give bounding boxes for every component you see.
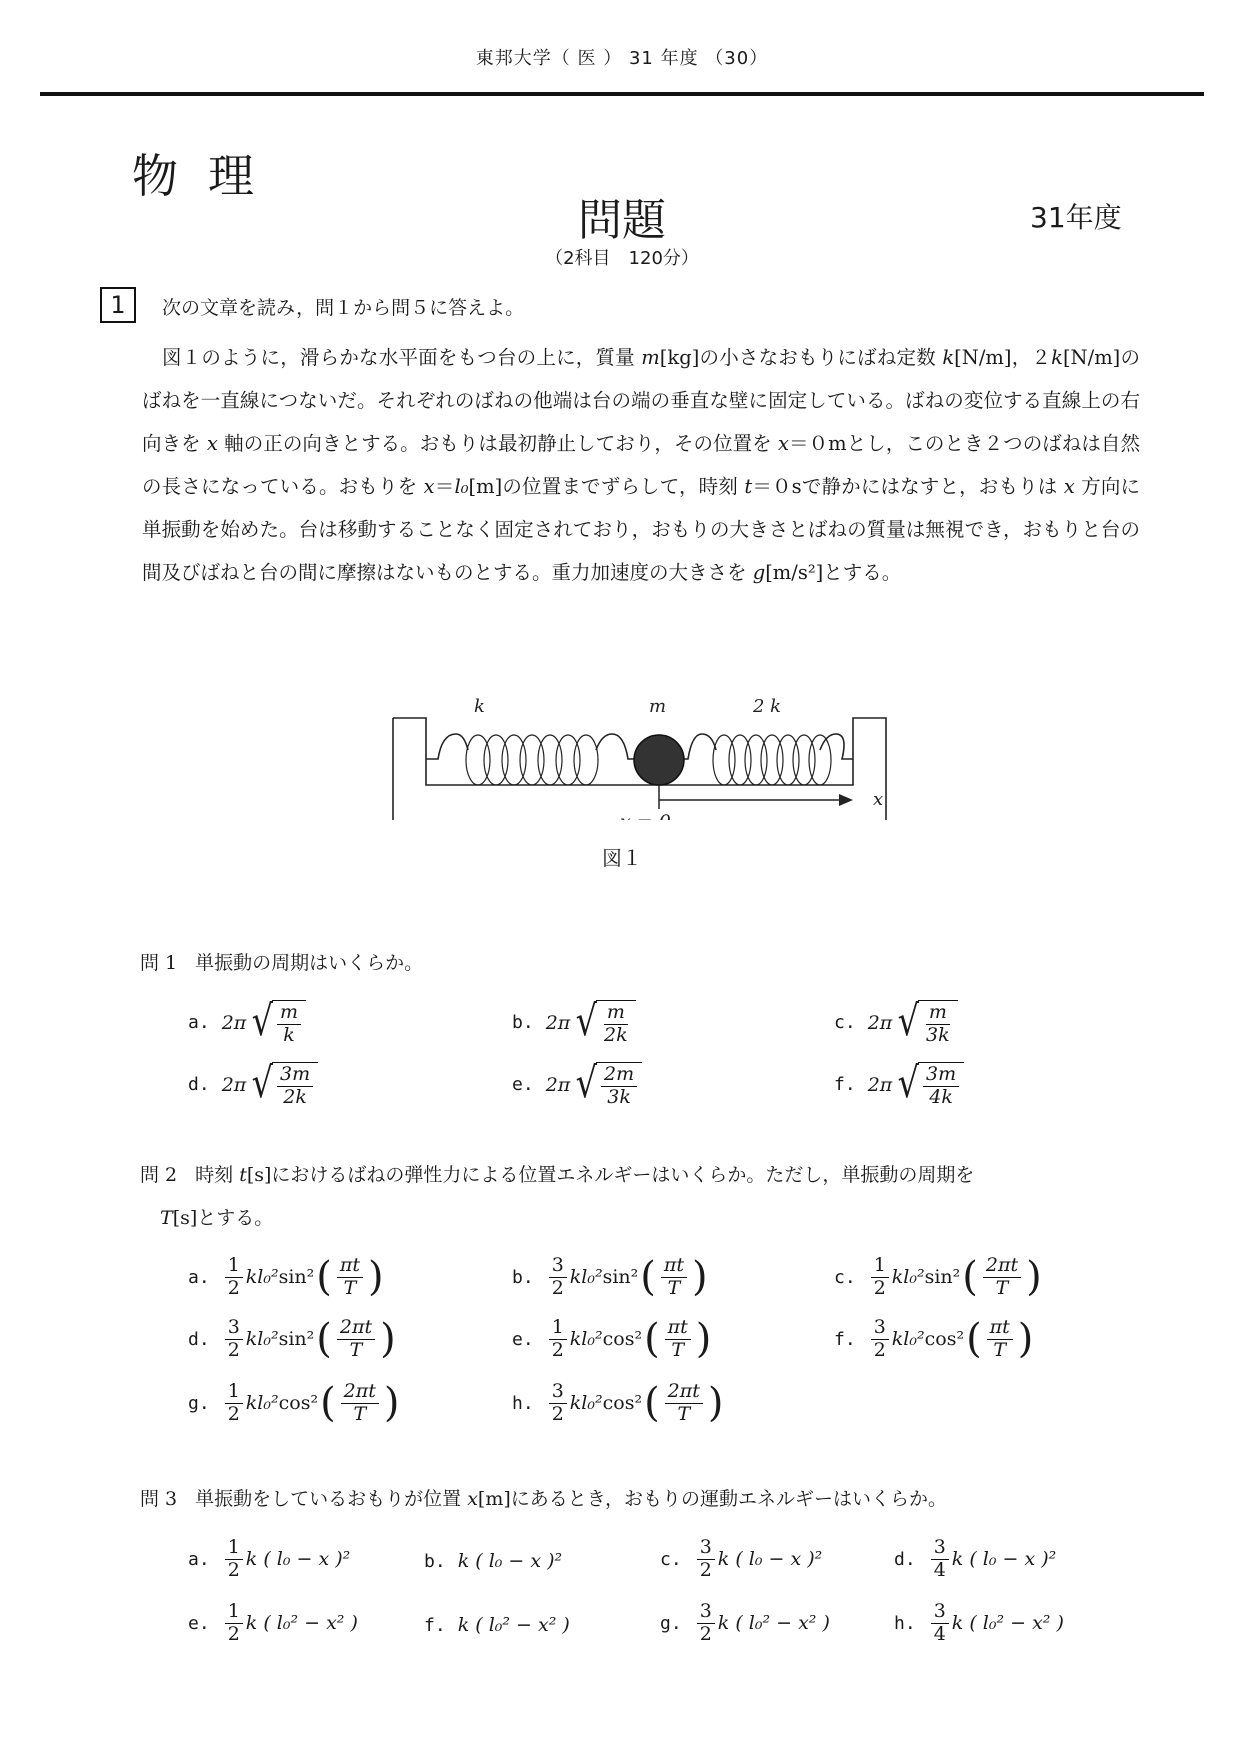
choice-label: d. bbox=[188, 1329, 210, 1350]
trig-function: cos² bbox=[925, 1328, 964, 1350]
numerator: 1 bbox=[225, 1602, 243, 1624]
choice-label: d. bbox=[188, 1074, 210, 1095]
q2-choice-d[interactable]: d. 32 kl₀²sin² (2πtT) bbox=[188, 1318, 398, 1361]
var-l0: l₀ bbox=[454, 475, 468, 498]
denominator: 4 bbox=[931, 1560, 949, 1581]
denominator: T bbox=[668, 1340, 687, 1361]
term: kl₀² bbox=[246, 1392, 279, 1414]
q2-choice-f[interactable]: f. 32 kl₀²cos² (πtT) bbox=[834, 1318, 1035, 1361]
question-intro: 次の文章を読み，問１から問５に答えよ。 bbox=[162, 293, 524, 320]
numerator: 3 bbox=[697, 1602, 715, 1624]
q2-text: [s]とする。 bbox=[173, 1207, 274, 1229]
passage-text: ＝ bbox=[435, 475, 455, 498]
denominator: 2 bbox=[225, 1340, 243, 1361]
numerator: 2m bbox=[601, 1065, 637, 1087]
denominator: T bbox=[990, 1340, 1009, 1361]
q3-choice-g[interactable]: g. 32 k ( l₀² − x² ) bbox=[660, 1602, 830, 1645]
q3-prompt: 問 3単振動をしているおもりが位置 x[m]にあるとき，おもりの運動エネルギーは… bbox=[140, 1484, 947, 1511]
q2-choice-a[interactable]: a. 12 kl₀²sin² (πtT) bbox=[188, 1256, 386, 1299]
trig-function: cos² bbox=[603, 1392, 642, 1414]
q3-choice-e[interactable]: e. 12 k ( l₀² − x² ) bbox=[188, 1602, 358, 1645]
term: kl₀² bbox=[246, 1328, 279, 1350]
numerator: πt bbox=[987, 1318, 1013, 1340]
choice-label: c. bbox=[834, 1012, 856, 1033]
numerator: m bbox=[926, 1003, 950, 1025]
choice-label: f. bbox=[834, 1074, 856, 1095]
q1-choice-b[interactable]: b.2π √m2k bbox=[512, 1000, 636, 1046]
numerator: 3m bbox=[923, 1065, 959, 1087]
trig-function: cos² bbox=[279, 1392, 318, 1414]
numerator: 2πt bbox=[983, 1256, 1021, 1278]
numerator: 3 bbox=[931, 1602, 949, 1624]
passage-text: [kg]の小さなおもりにばね定数 bbox=[660, 346, 943, 369]
expression: k ( l₀² − x² ) bbox=[718, 1612, 830, 1634]
numerator: 1 bbox=[225, 1256, 243, 1278]
choice-label: g. bbox=[188, 1393, 210, 1414]
q2-text: [s]におけるばねの弾性力による位置エネルギーはいくらか。ただし，単振動の周期を bbox=[247, 1164, 975, 1186]
numerator: m bbox=[277, 1003, 301, 1025]
q1-label: 問 1 bbox=[140, 952, 177, 974]
q3-text: [m]にあるとき，おもりの運動エネルギーはいくらか。 bbox=[478, 1488, 947, 1510]
left-spring-k bbox=[466, 735, 598, 785]
choice-label: e. bbox=[512, 1074, 534, 1095]
q2-choice-h[interactable]: h. 32 kl₀²cos² (2πtT) bbox=[512, 1382, 726, 1425]
sqrt-expression: √3m4k bbox=[895, 1062, 964, 1108]
term: kl₀² bbox=[246, 1266, 279, 1288]
denominator: 2 bbox=[225, 1560, 243, 1581]
q1-text: 単振動の周期はいくらか。 bbox=[195, 952, 423, 974]
coefficient: 2π bbox=[868, 1074, 893, 1096]
numerator: πt bbox=[665, 1318, 691, 1340]
expression: k ( l₀ − x )² bbox=[458, 1550, 562, 1572]
numerator: πt bbox=[661, 1256, 687, 1278]
expression: k ( l₀ − x )² bbox=[718, 1548, 822, 1570]
coefficient: 2π bbox=[222, 1074, 247, 1096]
q1-choice-c[interactable]: c.2π √m3k bbox=[834, 1000, 958, 1046]
q3-choice-b[interactable]: b. k ( l₀ − x )² bbox=[424, 1550, 562, 1572]
denominator: 2 bbox=[225, 1278, 243, 1299]
problem-passage: 図１のように，滑らかな水平面をもつ台の上に，質量 m[kg]の小さなおもりにばね… bbox=[142, 336, 1140, 594]
numerator: 3m bbox=[277, 1065, 313, 1087]
exam-year: 31年度 bbox=[1030, 196, 1122, 236]
question-number-box: 1 bbox=[100, 287, 136, 323]
term: kl₀² bbox=[892, 1328, 925, 1350]
denominator: 2k bbox=[601, 1025, 631, 1046]
var-x: x bbox=[467, 1488, 478, 1510]
header-divider bbox=[40, 92, 1204, 96]
var-t: t bbox=[744, 475, 752, 498]
mass-ball bbox=[634, 735, 684, 785]
numerator: 3 bbox=[931, 1538, 949, 1560]
q1-choice-d[interactable]: d.2π √3m2k bbox=[188, 1062, 318, 1108]
choice-label: h. bbox=[512, 1393, 534, 1414]
figure-caption: 図１ bbox=[0, 842, 1244, 871]
choice-label: h. bbox=[894, 1613, 916, 1634]
choice-label: b. bbox=[512, 1012, 534, 1033]
spring-mass-diagram: k m 2 k x x = 0 bbox=[390, 690, 890, 820]
label-origin: x = 0 bbox=[620, 811, 671, 820]
sqrt-expression: √3m2k bbox=[249, 1062, 318, 1108]
term: kl₀² bbox=[570, 1266, 603, 1288]
expression: k ( l₀² − x² ) bbox=[952, 1612, 1064, 1634]
q3-choice-h[interactable]: h. 34 k ( l₀² − x² ) bbox=[894, 1602, 1064, 1645]
choice-label: c. bbox=[834, 1267, 856, 1288]
passage-text: 軸の正の向きとする。おもりは最初静止しており，その位置を bbox=[218, 432, 778, 455]
var-x: x bbox=[207, 432, 218, 455]
var-x: x bbox=[778, 432, 789, 455]
numerator: 3 bbox=[871, 1318, 889, 1340]
sqrt-expression: √mk bbox=[249, 1000, 306, 1046]
choice-label: a. bbox=[188, 1267, 210, 1288]
q2-choice-g[interactable]: g. 12 kl₀²cos² (2πtT) bbox=[188, 1382, 402, 1425]
denominator: 3k bbox=[923, 1025, 953, 1046]
numerator: 2πt bbox=[341, 1382, 379, 1404]
q2-text: 時刻 bbox=[195, 1164, 239, 1186]
q2-prompt-line2: T[s]とする。 bbox=[160, 1203, 273, 1230]
passage-text: [N/m]，２ bbox=[954, 346, 1051, 369]
denominator: 2 bbox=[549, 1404, 567, 1425]
right-spring-2k bbox=[713, 735, 831, 785]
choice-label: g. bbox=[660, 1613, 682, 1634]
trig-function: sin² bbox=[279, 1266, 315, 1288]
choice-label: e. bbox=[188, 1613, 210, 1634]
q1-choice-a[interactable]: a.2π √mk bbox=[188, 1000, 306, 1046]
numerator: 2πt bbox=[665, 1382, 703, 1404]
denominator: T bbox=[347, 1340, 366, 1361]
coefficient: 2π bbox=[546, 1074, 571, 1096]
expression: k ( l₀² − x² ) bbox=[246, 1612, 358, 1634]
q1-prompt: 問 1単振動の周期はいくらか。 bbox=[140, 948, 423, 975]
numerator: 1 bbox=[225, 1382, 243, 1404]
term: kl₀² bbox=[570, 1392, 603, 1414]
q3-choice-c[interactable]: c. 32 k ( l₀ − x )² bbox=[660, 1538, 822, 1581]
exam-meta: （2科目 120分） bbox=[0, 244, 1244, 270]
choice-label: e. bbox=[512, 1329, 534, 1350]
trig-function: sin² bbox=[603, 1266, 639, 1288]
var-x: x bbox=[424, 475, 435, 498]
choice-label: b. bbox=[424, 1551, 446, 1572]
numerator: 3 bbox=[549, 1256, 567, 1278]
sqrt-expression: √m2k bbox=[573, 1000, 635, 1046]
q3-choice-d[interactable]: d. 34 k ( l₀ − x )² bbox=[894, 1538, 1056, 1581]
q3-label: 問 3 bbox=[140, 1488, 177, 1510]
passage-text: 図１のように，滑らかな水平面をもつ台の上に，質量 bbox=[162, 346, 641, 369]
label-x-axis: x bbox=[873, 789, 883, 810]
denominator: 2 bbox=[697, 1624, 715, 1645]
trig-function: sin² bbox=[925, 1266, 961, 1288]
q2-choice-c[interactable]: c. 12 kl₀²sin² (2πtT) bbox=[834, 1256, 1044, 1299]
denominator: T bbox=[341, 1278, 360, 1299]
numerator: 3 bbox=[697, 1538, 715, 1560]
denominator: 4k bbox=[926, 1087, 956, 1108]
denominator: T bbox=[665, 1278, 684, 1299]
q3-choice-f[interactable]: f. k ( l₀² − x² ) bbox=[424, 1614, 570, 1636]
var-g: g bbox=[753, 561, 765, 584]
denominator: 3k bbox=[604, 1087, 634, 1108]
denominator: T bbox=[674, 1404, 693, 1425]
expression: k ( l₀² − x² ) bbox=[458, 1614, 570, 1636]
trig-function: sin² bbox=[279, 1328, 315, 1350]
q2-prompt: 問 2時刻 t[s]におけるばねの弾性力による位置エネルギーはいくらか。ただし，… bbox=[140, 1160, 974, 1187]
denominator: T bbox=[350, 1404, 369, 1425]
q3-choice-a[interactable]: a. 12 k ( l₀ − x )² bbox=[188, 1538, 350, 1581]
trig-function: cos² bbox=[603, 1328, 642, 1350]
numerator: 1 bbox=[549, 1318, 567, 1340]
page-header: 東邦大学（ 医 ） 31 年度 （30） bbox=[0, 44, 1244, 70]
passage-text: ＝０sで静かにはなすと，おもりは bbox=[752, 475, 1064, 498]
term: kl₀² bbox=[570, 1328, 603, 1350]
coefficient: 2π bbox=[868, 1012, 893, 1034]
passage-text: [m/s²]とする。 bbox=[765, 561, 901, 584]
var-k: k bbox=[942, 346, 954, 369]
denominator: 2 bbox=[871, 1278, 889, 1299]
choice-label: c. bbox=[660, 1549, 682, 1570]
numerator: 3 bbox=[549, 1382, 567, 1404]
sqrt-expression: √2m3k bbox=[573, 1062, 642, 1108]
sqrt-expression: √m3k bbox=[895, 1000, 957, 1046]
label-2k: 2 k bbox=[752, 696, 781, 717]
q3-text: 単振動をしているおもりが位置 bbox=[195, 1488, 467, 1510]
denominator: 2k bbox=[280, 1087, 310, 1108]
term: kl₀² bbox=[892, 1266, 925, 1288]
choice-label: a. bbox=[188, 1549, 210, 1570]
label-k: k bbox=[474, 696, 485, 717]
choice-label: b. bbox=[512, 1267, 534, 1288]
numerator: 1 bbox=[871, 1256, 889, 1278]
numerator: 3 bbox=[225, 1318, 243, 1340]
denominator: 2 bbox=[225, 1404, 243, 1425]
var-T: T bbox=[160, 1207, 173, 1229]
expression: k ( l₀ − x )² bbox=[246, 1548, 350, 1570]
numerator: m bbox=[604, 1003, 628, 1025]
passage-text: [m]の位置までずらして，時刻 bbox=[469, 475, 745, 498]
var-m: m bbox=[641, 346, 660, 369]
denominator: 2 bbox=[225, 1624, 243, 1645]
denominator: 2 bbox=[549, 1340, 567, 1361]
denominator: T bbox=[993, 1278, 1012, 1299]
q2-choice-b[interactable]: b. 32 kl₀²sin² (πtT) bbox=[512, 1256, 710, 1299]
numerator: 2πt bbox=[337, 1318, 375, 1340]
denominator: k bbox=[280, 1025, 298, 1046]
choice-label: d. bbox=[894, 1549, 916, 1570]
choice-label: f. bbox=[424, 1615, 446, 1636]
var-x: x bbox=[1064, 475, 1075, 498]
choice-label: f. bbox=[834, 1329, 856, 1350]
denominator: 4 bbox=[931, 1624, 949, 1645]
q1-choice-e[interactable]: e.2π √2m3k bbox=[512, 1062, 642, 1108]
expression: k ( l₀ − x )² bbox=[952, 1548, 1056, 1570]
var-t: t bbox=[239, 1164, 247, 1186]
q1-choice-f[interactable]: f.2π √3m4k bbox=[834, 1062, 964, 1108]
numerator: 1 bbox=[225, 1538, 243, 1560]
var-k: k bbox=[1051, 346, 1063, 369]
label-m: m bbox=[649, 696, 666, 717]
coefficient: 2π bbox=[546, 1012, 571, 1034]
choice-label: a. bbox=[188, 1012, 210, 1033]
denominator: 2 bbox=[697, 1560, 715, 1581]
numerator: πt bbox=[337, 1256, 363, 1278]
denominator: 2 bbox=[871, 1340, 889, 1361]
q2-label: 問 2 bbox=[140, 1164, 177, 1186]
coefficient: 2π bbox=[222, 1012, 247, 1034]
q2-choice-e[interactable]: e. 12 kl₀²cos² (πtT) bbox=[512, 1318, 713, 1361]
denominator: 2 bbox=[549, 1278, 567, 1299]
